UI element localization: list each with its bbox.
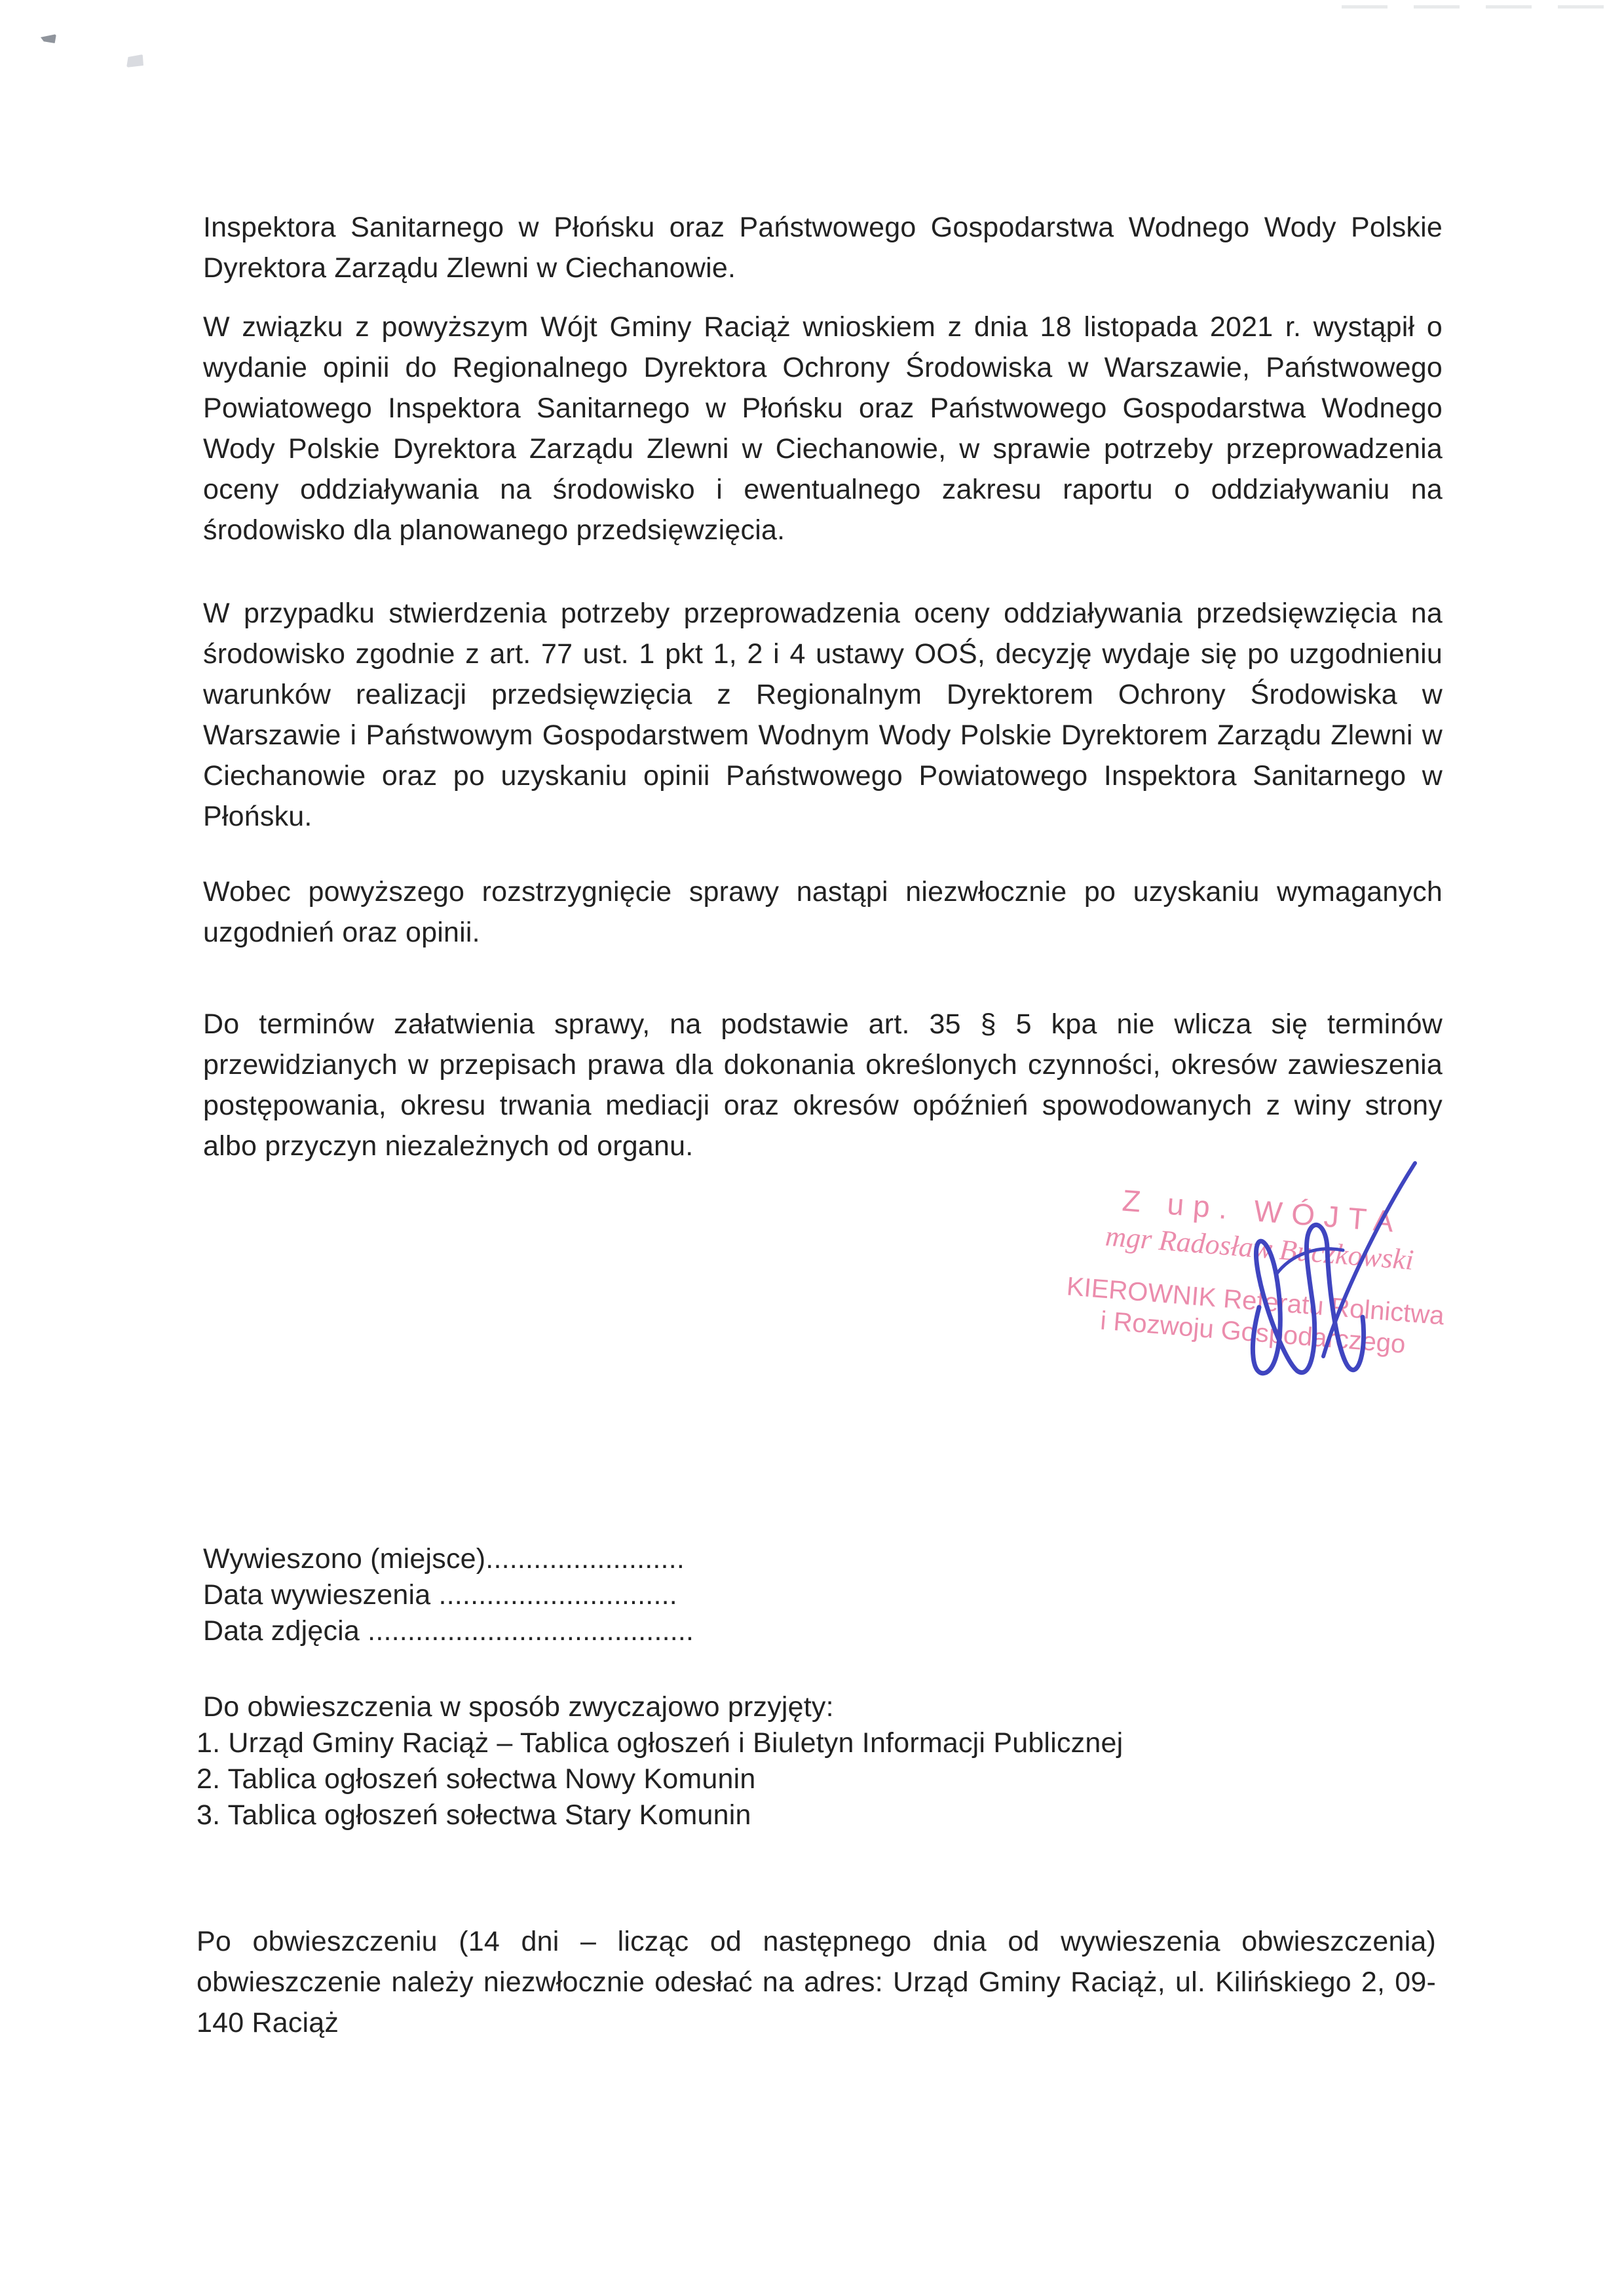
removal-date-line: Data zdjęcia ...........................… [203, 1613, 1443, 1649]
posting-place-line: Wywieszono (miejsce)....................… [203, 1541, 1443, 1577]
distribution-item-3: 3. Tablica ogłoszeń sołectwa Stary Komun… [197, 1797, 1474, 1833]
paragraph-request-for-opinions: W związku z powyższym Wójt Gminy Raciąż … [203, 307, 1443, 550]
scanned-document-page: Inspektora Sanitarnego w Płońsku oraz Pa… [0, 0, 1624, 2296]
distribution-heading: Do obwieszczenia w sposób zwyczajowo prz… [203, 1689, 1481, 1725]
distribution-item-2: 2. Tablica ogłoszeń sołectwa Nowy Komuni… [197, 1761, 1474, 1797]
paragraph-continuation: Inspektora Sanitarnego w Płońsku oraz Pa… [203, 207, 1443, 288]
distribution-item-1: 1. Urząd Gminy Raciąż – Tablica ogłoszeń… [197, 1725, 1474, 1761]
scan-artifact-edge-line [1342, 5, 1604, 9]
paragraph-return-instructions: Po obwieszczeniu (14 dni – licząc od nas… [197, 1921, 1436, 2043]
handwritten-signature [1218, 1140, 1435, 1396]
paragraph-resolution-notice: Wobec powyższego rozstrzygnięcie sprawy … [203, 871, 1443, 953]
scan-artifact-mark [126, 54, 143, 67]
scan-artifact-mark [41, 34, 56, 43]
paragraph-assessment-conditions: W przypadku stwierdzenia potrzeby przepr… [203, 593, 1443, 837]
posting-date-line: Data wywieszenia .......................… [203, 1577, 1443, 1613]
